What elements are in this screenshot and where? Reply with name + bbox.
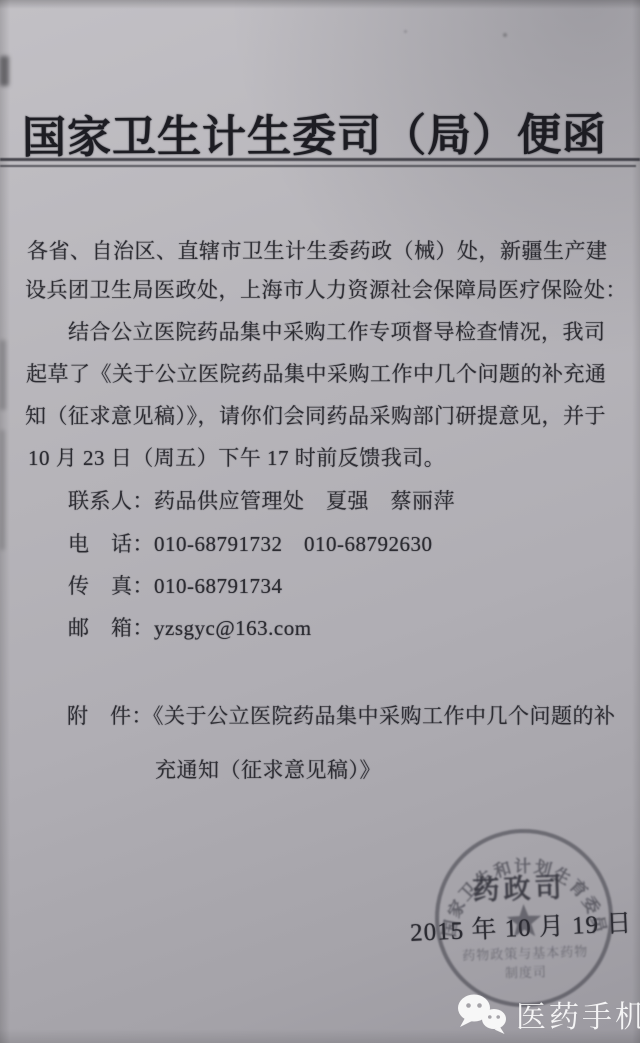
contact-value: 药品供应管理处 夏强 蔡丽萍 (154, 489, 455, 513)
stamp-sub-text-2: 制度司 (505, 964, 548, 980)
recipient-line: 各省、自治区、直辖市卫生计生委药政（械）处，新疆生产建 (27, 235, 608, 265)
attachment-line: 附 件：《关于公立医院药品集中采购工作中几个问题的补 (67, 700, 616, 730)
recipient-line: 设兵团卫生局医政处，上海市人力资源社会保障局医疗保险处： (25, 274, 627, 304)
contact-row-person: 联系人：药品供应管理处 夏强 蔡丽萍 (68, 485, 455, 515)
body-line: 10 月 23 日（周五）下午 17 时前反馈我司。 (28, 442, 445, 472)
scan-artifact (0, 56, 9, 86)
contact-row-phone: 电 话：010-68791732 010-68792630 (68, 528, 433, 558)
contact-value: 010-68791734 (154, 574, 283, 598)
contact-value: 010-68791732 010-68792630 (154, 532, 433, 556)
watermark: 医药手机报 (456, 992, 640, 1036)
attachment-block: 附 件：《关于公立医院药品集中采购工作中几个问题的补 充通知（征求意见稿）》 (67, 700, 616, 784)
stamp-sub-text-1: 药物政策与基本药物 (462, 944, 588, 963)
title-double-rule-bottom (0, 165, 636, 167)
contact-label: 传 真： (68, 574, 154, 598)
contact-label: 电 话： (68, 532, 154, 556)
scan-artifact (0, 340, 6, 410)
contact-value: yzsgyc@163.com (154, 616, 312, 640)
body-line: 结合公立医院药品集中采购工作专项督导检查情况，我司 (68, 316, 606, 346)
stamp-department-name: 药政司 (472, 873, 566, 906)
attachment-label: 附 件： (67, 704, 153, 728)
body-line: 知（征求意见稿）》，请你们会同药品采购部门研提意见，并于 (25, 400, 606, 430)
watermark-text: 医药手机报 (516, 992, 640, 1036)
contact-row-fax: 传 真：010-68791734 (68, 570, 283, 600)
contact-label: 邮 箱： (68, 616, 154, 640)
attachment-title-part1: 《关于公立医院药品集中采购工作中几个问题的补 (153, 704, 616, 728)
body-line: 起草了《关于公立医院药品集中采购工作中几个问题的补充通 (26, 358, 607, 388)
wechat-icon (456, 992, 508, 1036)
scan-artifact (0, 430, 5, 550)
scan-artifact (503, 33, 507, 37)
scanned-document-page: 国家卫生计生委司（局）便函 各省、自治区、直辖市卫生计生委药政（械）处，新疆生产… (0, 0, 640, 1043)
document-title: 国家卫生计生委司（局）便函 (22, 98, 622, 165)
title-double-rule-top (0, 158, 640, 161)
contact-label: 联系人： (68, 489, 154, 513)
contact-row-email: 邮 箱：yzsgyc@163.com (68, 612, 312, 642)
attachment-title-part2: 充通知（征求意见稿）》 (67, 754, 616, 784)
scan-artifact (404, 30, 407, 33)
